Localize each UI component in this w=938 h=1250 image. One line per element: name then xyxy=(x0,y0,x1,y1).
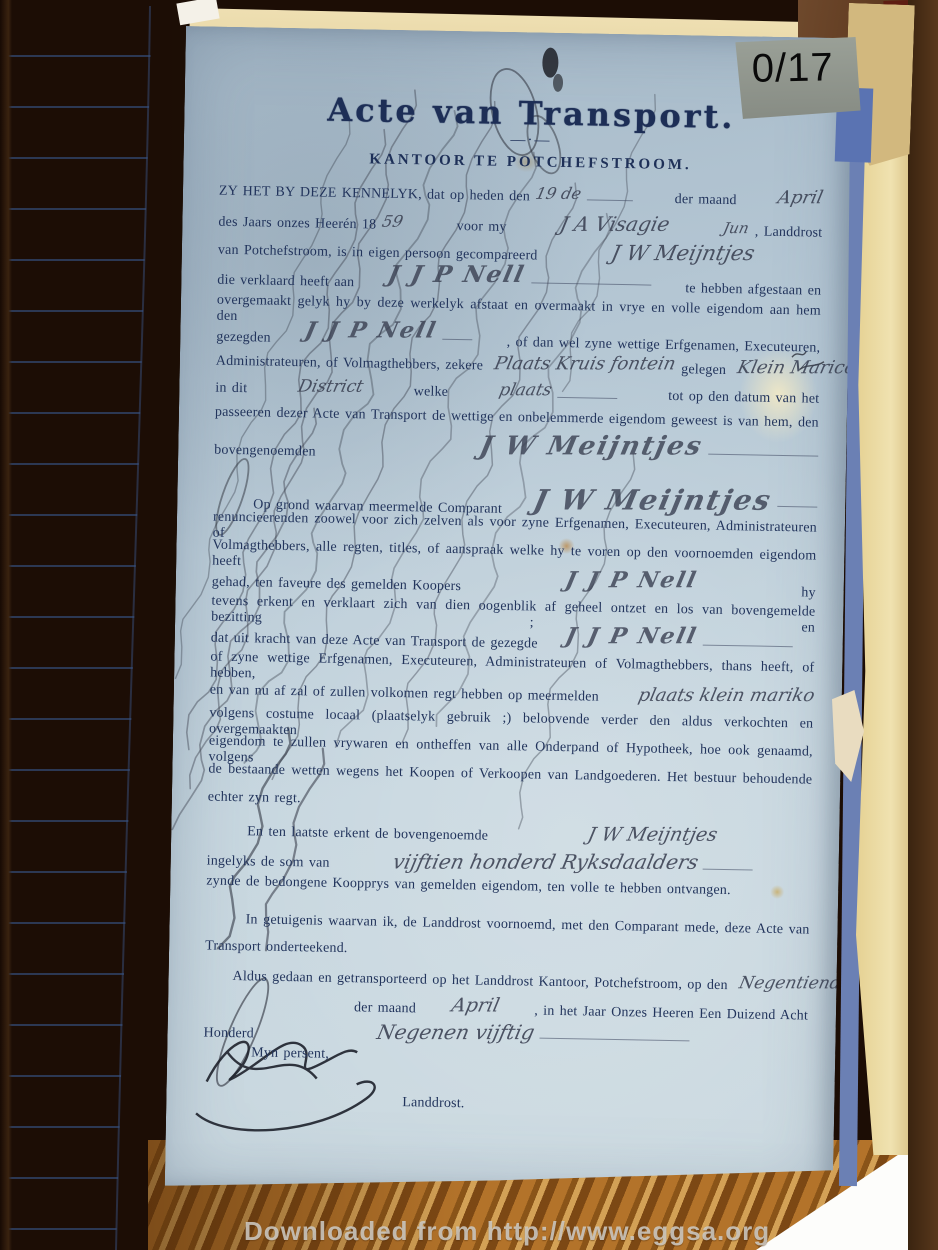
underline-dash xyxy=(442,338,472,340)
spacer xyxy=(759,875,811,876)
handwritten-entry: J W Meijntjes xyxy=(586,824,720,846)
spacer xyxy=(260,1038,372,1040)
handwritten-entry: District xyxy=(296,377,365,397)
printed-text: gelegen xyxy=(681,362,726,379)
printed-text: der maand xyxy=(354,1000,416,1017)
printed-text: En ten laatste erkent de bovengenoemde xyxy=(247,824,488,844)
handwritten-entry: Negentiende xyxy=(737,973,853,993)
handwritten-entry: J J P Nell xyxy=(302,317,439,343)
handwritten-entry: J W Meijntjes xyxy=(477,431,706,461)
document-line: in ditDistrictwelkeplaatstot op den datu… xyxy=(215,377,819,408)
document-line: tevens erkent en verklaart zich van dien… xyxy=(211,594,815,625)
printed-text: Administrateuren, of Volmagthebbers, zek… xyxy=(216,354,483,375)
printed-text: gezegden xyxy=(216,330,271,347)
handwritten-entry: plaats klein mariko xyxy=(636,685,816,706)
spacer xyxy=(494,840,582,842)
spacer xyxy=(322,456,475,459)
printed-text: ingelyks de som van xyxy=(207,854,330,872)
underline-dash xyxy=(777,505,817,507)
handwritten-entry: April xyxy=(449,994,501,1016)
printed-text: ZY HET BY DEZE KENNELYK, dat op heden de… xyxy=(219,184,530,206)
underline-dash xyxy=(587,199,633,201)
handwritten-entry: 59 xyxy=(380,212,404,231)
printed-text: zynde de bedongene Koopprys van gemelden… xyxy=(206,874,731,900)
document-line: of zyne wettige Erfgenamen, Executeuren,… xyxy=(210,650,814,681)
printed-text: hy xyxy=(801,585,816,601)
spacer xyxy=(253,392,292,393)
document-line: echter zyn regt. xyxy=(208,790,812,821)
printed-text: Honderd xyxy=(203,1025,254,1042)
site-watermark: Downloaded from http://www.eggsa.org xyxy=(244,1216,770,1247)
printed-text: Transport onderteekend. xyxy=(205,939,348,958)
handwritten-entry: vijftien honderd Ryksdaalders xyxy=(390,850,700,874)
spacer xyxy=(605,701,633,702)
printed-text: Myn persent, xyxy=(251,1045,329,1062)
document-line: Aldus gedaan en getransporteerd op het L… xyxy=(232,965,808,996)
handwritten-entry: J W Meijntjes xyxy=(609,241,757,265)
printed-text: Landdrost. xyxy=(402,1095,465,1112)
spacer xyxy=(454,396,493,397)
handwritten-entry: J J P Nell xyxy=(386,261,528,288)
spacer xyxy=(723,844,811,846)
underline-dash xyxy=(531,282,651,285)
document-line: des Jaars onzes Heerén 1859voor myJ A Vi… xyxy=(218,207,822,238)
archival-photo: Acte van Transport. —·— KANTOOR TE POTCH… xyxy=(0,0,938,1250)
printed-text: tot op den datum van het xyxy=(668,389,819,408)
handwritten-entry: J J P Nell xyxy=(563,623,700,649)
underline-dash xyxy=(703,644,793,647)
printed-text: gehad, ten faveure des gemelden Koopers xyxy=(212,575,462,596)
document-line: ZY HET BY DEZE KENNELYK, dat op heden de… xyxy=(219,179,823,210)
document-line: bovengenoemdenJ W Meijntjes xyxy=(214,431,818,462)
handwritten-entry: J W Meijntjes xyxy=(531,484,776,517)
printed-text: welke xyxy=(414,384,449,401)
document-line: In getuigenis waarvan ik, de Landdrost v… xyxy=(245,912,809,942)
handwritten-entry: Plaats Kruis fontein xyxy=(493,353,678,374)
document-line: Myn persent, xyxy=(251,1045,807,1075)
document-lines: ZY HET BY DEZE KENNELYK, dat op heden de… xyxy=(201,27,826,1198)
spacer xyxy=(544,260,606,261)
printed-text: der maand xyxy=(675,192,737,209)
underline-dash xyxy=(557,396,617,398)
document-line: volgens costume locaal (plaatselyk gebru… xyxy=(209,706,813,737)
printed-text: echter zyn regt. xyxy=(208,790,301,808)
handwritten-entry: 19 de xyxy=(534,184,583,203)
cream-paper-edge xyxy=(856,55,914,1155)
spacer xyxy=(513,231,555,232)
underline-dash xyxy=(703,868,753,870)
document-line: die verklaard heeft aanJ J P Nellte hebb… xyxy=(217,263,821,294)
spacer xyxy=(639,202,669,203)
spacer xyxy=(369,394,408,395)
spacer xyxy=(409,229,451,230)
printed-text: bovengenoemden xyxy=(214,443,316,461)
handwritten-entry: J A Visagie xyxy=(558,212,672,236)
handwritten-entry: plaats xyxy=(497,380,554,400)
printed-text: die verklaard heeft aan xyxy=(217,273,354,292)
printed-text: Aldus gedaan en getransporteerd op het L… xyxy=(232,969,727,994)
document-line: En ten laatste erkent de bovengenoemdeJ … xyxy=(247,818,811,848)
printed-text: , in het Jaar Onzes Heeren Een Duizend A… xyxy=(534,1004,808,1025)
spacer xyxy=(696,1046,808,1048)
printed-text: in dit xyxy=(215,381,247,398)
spacer xyxy=(675,234,717,235)
book-board-edge xyxy=(908,0,938,1250)
underline-dash xyxy=(540,1037,690,1041)
underline-dash xyxy=(708,453,818,456)
spacer xyxy=(467,590,560,592)
counter-card: 0/17 xyxy=(735,37,860,119)
document-line: der maandApril, in het Jaar Onzes Heeren… xyxy=(354,994,808,1022)
handwritten-entry: April xyxy=(776,187,825,208)
printed-text: , Landdrost xyxy=(755,224,823,241)
handwritten-entry: Negenen vijftig xyxy=(375,1020,537,1044)
book-spine-edge xyxy=(0,0,12,1250)
deed-page: Acte van Transport. —·— KANTOOR TE POTCH… xyxy=(165,26,854,1198)
printed-text: des Jaars onzes Heerén 18 xyxy=(218,215,376,234)
printed-text: passeeren dezer Acte van Transport de we… xyxy=(215,405,819,432)
printed-text: te hebben afgestaan en xyxy=(685,281,821,299)
document-line: ingelyks de som vanvijftien honderd Ryks… xyxy=(207,846,811,877)
printed-text: en van nu af zal of zullen volkomen regt… xyxy=(210,683,599,706)
spacer xyxy=(760,264,822,265)
document-line: Transport onderteekend. xyxy=(205,939,809,970)
printed-text: dat uit kracht van deze Acte van Transpo… xyxy=(211,631,538,653)
printed-text: In getuigenis waarvan ik, de Landdrost v… xyxy=(245,912,809,938)
handwritten-entry: Klein Marico xyxy=(736,357,858,378)
page-counter: 0/17 xyxy=(751,45,860,92)
spacer xyxy=(623,399,662,400)
printed-text: voor my xyxy=(457,219,507,236)
spacer xyxy=(743,204,773,205)
handwritten-entry: J J P Nell xyxy=(563,567,700,593)
document-line: Op grond waarvan meermelde ComparantJ W … xyxy=(253,482,817,512)
spacer xyxy=(336,867,388,868)
spacer xyxy=(703,595,796,597)
document-line: Landdrost. xyxy=(402,1095,806,1122)
document-line: zynde de bedongene Koopprys van gemelden… xyxy=(206,874,810,905)
handwritten-entry: Jun xyxy=(722,219,751,237)
